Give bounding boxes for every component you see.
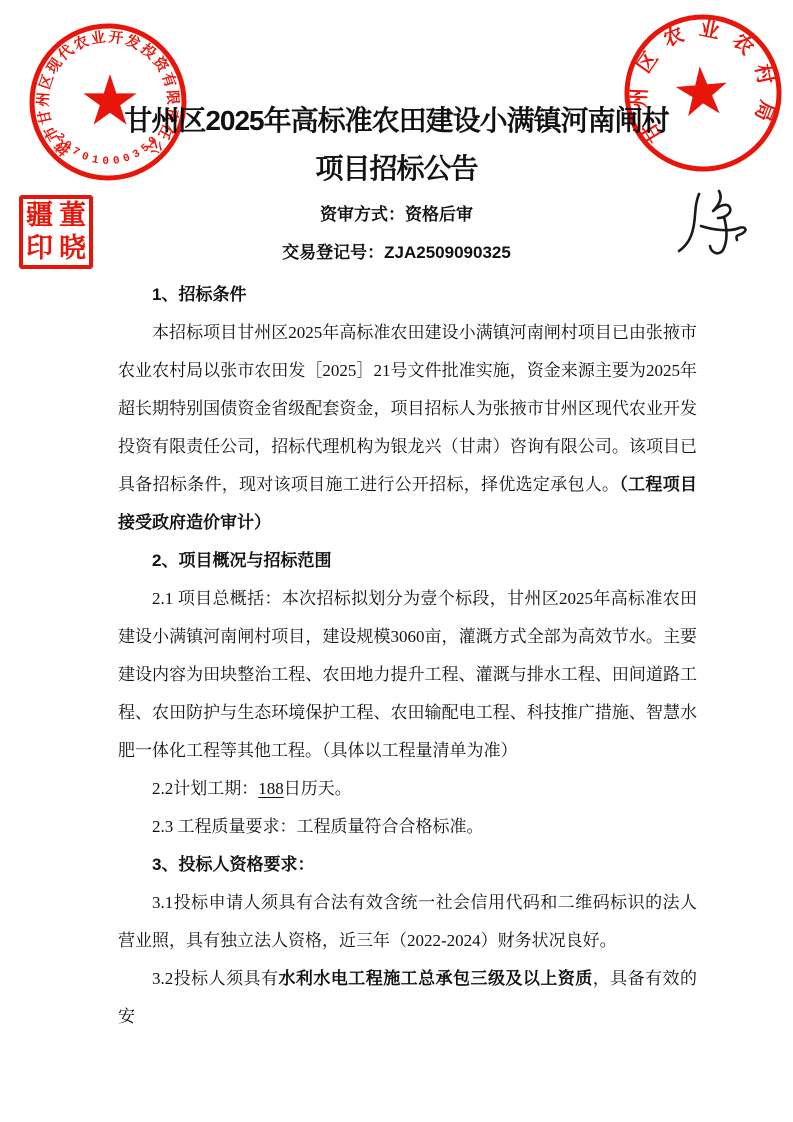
paragraph-2-3: 2.3 工程质量要求：工程质量符合合格标准。 <box>118 808 697 846</box>
paragraph-3-2-pre: 3.2投标人须具有 <box>152 969 278 988</box>
duration-suffix: 日历天。 <box>284 779 352 798</box>
paragraph-2-1: 2.1 项目总概括：本次招标拟划分为壹个标段，甘州区2025年高标准农田建设小满… <box>118 580 697 770</box>
document-body: 1、招标条件 本招标项目甘州区2025年高标准农田建设小满镇河南闸村项目已由张掖… <box>0 276 793 1036</box>
document-page: 张掖市甘州区现代农业开发投资有限责任公司 6207010003591 甘州区农业… <box>0 0 793 1122</box>
duration-label: 2.2计划工期： <box>152 779 258 798</box>
paragraph-1-text: 本招标项目甘州区2025年高标准农田建设小满镇河南闸村项目已由张掖市农业农村局以… <box>118 323 697 494</box>
paragraph-1: 本招标项目甘州区2025年高标准农田建设小满镇河南闸村项目已由张掖市农业农村局以… <box>118 314 697 542</box>
section-2-heading: 2、项目概况与招标范围 <box>118 542 697 580</box>
paragraph-3-1: 3.1投标申请人须具有合法有效含统一社会信用代码和二维码标识的法人营业照，具有独… <box>118 884 697 960</box>
section-3-heading: 3、投标人资格要求： <box>118 846 697 884</box>
duration-days: 188 <box>258 779 284 798</box>
paragraph-3-2: 3.2投标人须具有水利水电工程施工总承包三级及以上资质，具备有效的安 <box>118 960 697 1036</box>
handwritten-signature <box>0 0 793 300</box>
qualification-bold: 水利水电工程施工总承包三级及以上资质 <box>278 969 592 988</box>
paragraph-2-2: 2.2计划工期：188日历天。 <box>118 770 697 808</box>
